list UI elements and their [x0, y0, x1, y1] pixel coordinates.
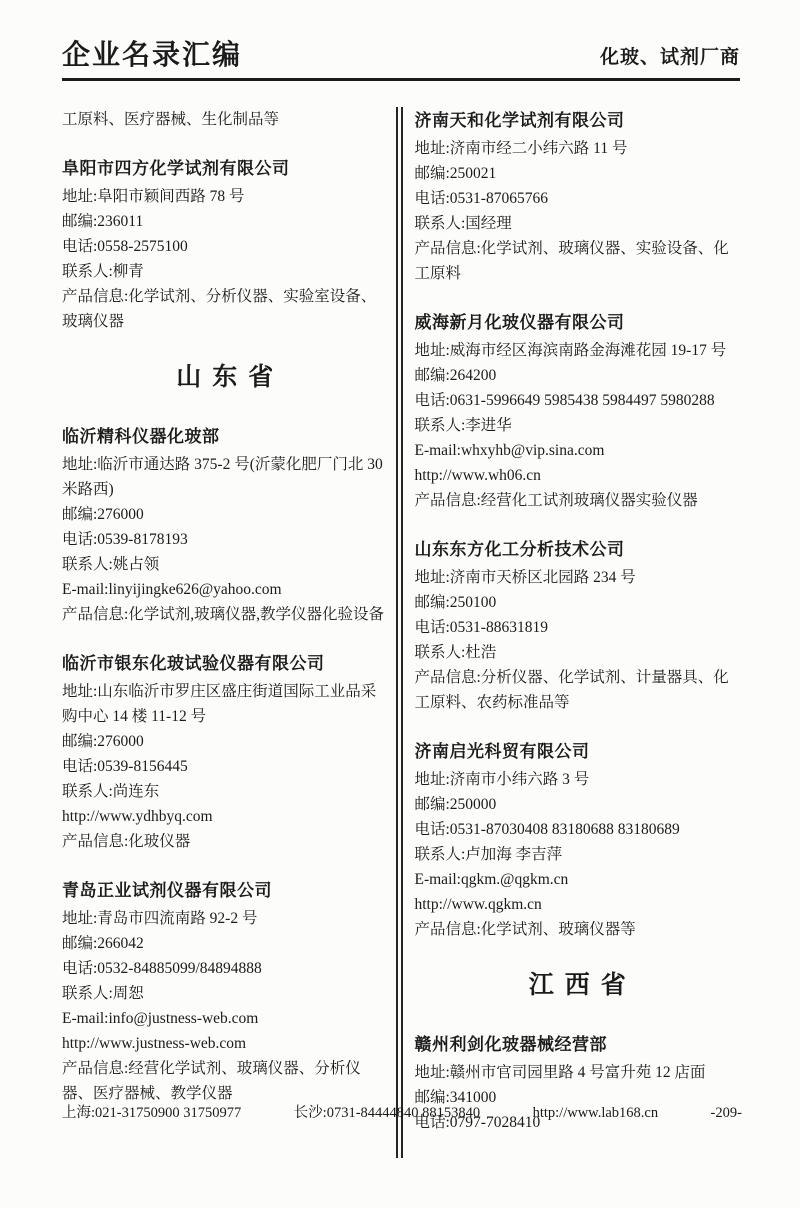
entry-field-line: 产品信息:经营化学试剂、玻璃仪器、分析仪器、医疗器械、教学仪器: [62, 1056, 388, 1106]
entry-field-line: 产品信息:化学试剂、分析仪器、实验室设备、玻璃仪器: [62, 284, 388, 334]
entry-field-line: 电话:0531-87065766: [415, 186, 741, 211]
footer-shanghai-phones: 上海:021-31750900 31750977: [62, 1103, 241, 1123]
entry-field-line: 产品信息:化玻仪器: [62, 829, 388, 854]
company-name: 济南天和化学试剂有限公司: [415, 107, 741, 134]
entry-field-line: 地址:临沂市通达路 375-2 号(沂蒙化肥厂门北 30 米路西): [62, 452, 388, 502]
entry-field-line: 地址:青岛市四流南路 92-2 号: [62, 906, 388, 931]
header-right-title: 化玻、试剂厂商: [600, 42, 740, 71]
directory-entry: 济南天和化学试剂有限公司地址:济南市经二小纬六路 11 号邮编:250021电话…: [415, 107, 741, 286]
company-name: 赣州利剑化玻器械经营部: [415, 1031, 741, 1058]
entry-field-line: http://www.ydhbyq.com: [62, 804, 388, 829]
footer-page-number: -209-: [711, 1103, 742, 1123]
entry-field-line: 产品信息:化学试剂,玻璃仪器,教学仪器化验设备: [62, 602, 388, 627]
company-name: 临沂市银东化玻试验仪器有限公司: [62, 650, 388, 677]
entry-field-line: E-mail:qgkm.@qgkm.cn: [415, 867, 741, 892]
province-section-heading: 江西省: [415, 965, 741, 1001]
entry-field-line: 联系人:卢加海 李吉萍: [415, 842, 741, 867]
directory-entry: 临沂市银东化玻试验仪器有限公司地址:山东临沂市罗庄区盛庄街道国际工业品采购中心 …: [62, 650, 388, 854]
entry-field-line: 联系人:李进华: [415, 413, 741, 438]
entry-field-line: http://www.wh06.cn: [415, 463, 741, 488]
right-column: 济南天和化学试剂有限公司地址:济南市经二小纬六路 11 号邮编:250021电话…: [415, 107, 741, 1158]
entry-field-line: 邮编:250021: [415, 161, 741, 186]
footer-website-url: http://www.lab168.cn: [533, 1103, 659, 1123]
entry-field-line: 邮编:264200: [415, 363, 741, 388]
entry-field-line: E-mail:whxyhb@vip.sina.com: [415, 438, 741, 463]
entry-field-line: 地址:济南市小纬六路 3 号: [415, 767, 741, 792]
entry-field-line: 产品信息:分析仪器、化学试剂、计量器具、化工原料、农药标准品等: [415, 665, 741, 715]
company-name: 临沂精科仪器化玻部: [62, 423, 388, 450]
entry-field-line: 地址:山东临沂市罗庄区盛庄街道国际工业品采购中心 14 楼 11-12 号: [62, 679, 388, 729]
entry-field-line: 联系人:柳青: [62, 259, 388, 284]
entry-field-line: 邮编:276000: [62, 729, 388, 754]
province-section-heading: 山东省: [62, 357, 388, 393]
directory-entry: 青岛正业试剂仪器有限公司地址:青岛市四流南路 92-2 号邮编:266042电话…: [62, 877, 388, 1106]
entry-field-line: http://www.justness-web.com: [62, 1031, 388, 1056]
entry-field-line: 电话:0539-8178193: [62, 527, 388, 552]
entry-field-line: 地址:济南市天桥区北园路 234 号: [415, 565, 741, 590]
directory-entry: 威海新月化玻仪器有限公司地址:威海市经区海滨南路金海滩花园 19-17 号邮编:…: [415, 309, 741, 513]
entry-continuation: 工原料、医疗器械、生化制品等: [62, 107, 388, 132]
company-name: 济南启光科贸有限公司: [415, 738, 741, 765]
page-header: 企业名录汇编 化玻、试剂厂商: [62, 40, 740, 71]
entry-field-line: 工原料、医疗器械、生化制品等: [62, 107, 388, 132]
directory-page: 企业名录汇编 化玻、试剂厂商 工原料、医疗器械、生化制品等阜阳市四方化学试剂有限…: [0, 0, 800, 1208]
entry-field-line: 联系人:尚连东: [62, 779, 388, 804]
entry-field-line: 邮编:236011: [62, 209, 388, 234]
directory-body: 工原料、医疗器械、生化制品等阜阳市四方化学试剂有限公司地址:阜阳市颖间西路 78…: [62, 107, 740, 1158]
entry-field-line: 邮编:250100: [415, 590, 741, 615]
entry-field-line: 地址:阜阳市颖间西路 78 号: [62, 184, 388, 209]
entry-field-line: 产品信息:化学试剂、玻璃仪器等: [415, 917, 741, 942]
entry-field-line: E-mail:linyijingke626@yahoo.com: [62, 577, 388, 602]
company-name: 山东东方化工分析技术公司: [415, 536, 741, 563]
entry-field-line: E-mail:info@justness-web.com: [62, 1006, 388, 1031]
entry-field-line: 电话:0531-88631819: [415, 615, 741, 640]
directory-entry: 山东东方化工分析技术公司地址:济南市天桥区北园路 234 号邮编:250100电…: [415, 536, 741, 715]
entry-field-line: 电话:0532-84885099/84894888: [62, 956, 388, 981]
company-name: 青岛正业试剂仪器有限公司: [62, 877, 388, 904]
entry-field-line: 邮编:250000: [415, 792, 741, 817]
directory-entry: 济南启光科贸有限公司地址:济南市小纬六路 3 号邮编:250000电话:0531…: [415, 738, 741, 942]
entry-field-line: 地址:赣州市官司园里路 4 号富升苑 12 店面: [415, 1060, 741, 1085]
entry-field-line: 联系人:国经理: [415, 211, 741, 236]
entry-field-line: 联系人:姚占领: [62, 552, 388, 577]
entry-field-line: 电话:0631-5996649 5985438 5984497 5980288: [415, 388, 741, 413]
entry-field-line: 电话:0539-8156445: [62, 754, 388, 779]
column-divider: [396, 107, 403, 1158]
company-name: 阜阳市四方化学试剂有限公司: [62, 155, 388, 182]
entry-field-line: 邮编:276000: [62, 502, 388, 527]
entry-field-line: 电话:0558-2575100: [62, 234, 388, 259]
entry-field-line: 联系人:杜浩: [415, 640, 741, 665]
entry-field-line: http://www.qgkm.cn: [415, 892, 741, 917]
entry-field-line: 地址:济南市经二小纬六路 11 号: [415, 136, 741, 161]
directory-entry: 阜阳市四方化学试剂有限公司地址:阜阳市颖间西路 78 号邮编:236011电话:…: [62, 155, 388, 334]
entry-field-line: 邮编:266042: [62, 931, 388, 956]
footer-changsha-phones: 长沙:0731-84444840 88153840: [294, 1103, 480, 1123]
header-rule: [62, 78, 740, 81]
page-footer: 上海:021-31750900 31750977 长沙:0731-8444484…: [62, 1103, 742, 1123]
entry-field-line: 产品信息:化学试剂、玻璃仪器、实验设备、化工原料: [415, 236, 741, 286]
entry-field-line: 地址:威海市经区海滨南路金海滩花园 19-17 号: [415, 338, 741, 363]
entry-field-line: 联系人:周恕: [62, 981, 388, 1006]
entry-field-line: 产品信息:经营化工试剂玻璃仪器实验仪器: [415, 488, 741, 513]
company-name: 威海新月化玻仪器有限公司: [415, 309, 741, 336]
directory-entry: 临沂精科仪器化玻部地址:临沂市通达路 375-2 号(沂蒙化肥厂门北 30 米路…: [62, 423, 388, 627]
header-left-title: 企业名录汇编: [62, 40, 242, 71]
left-column: 工原料、医疗器械、生化制品等阜阳市四方化学试剂有限公司地址:阜阳市颖间西路 78…: [62, 107, 388, 1158]
entry-field-line: 电话:0531-87030408 83180688 83180689: [415, 817, 741, 842]
